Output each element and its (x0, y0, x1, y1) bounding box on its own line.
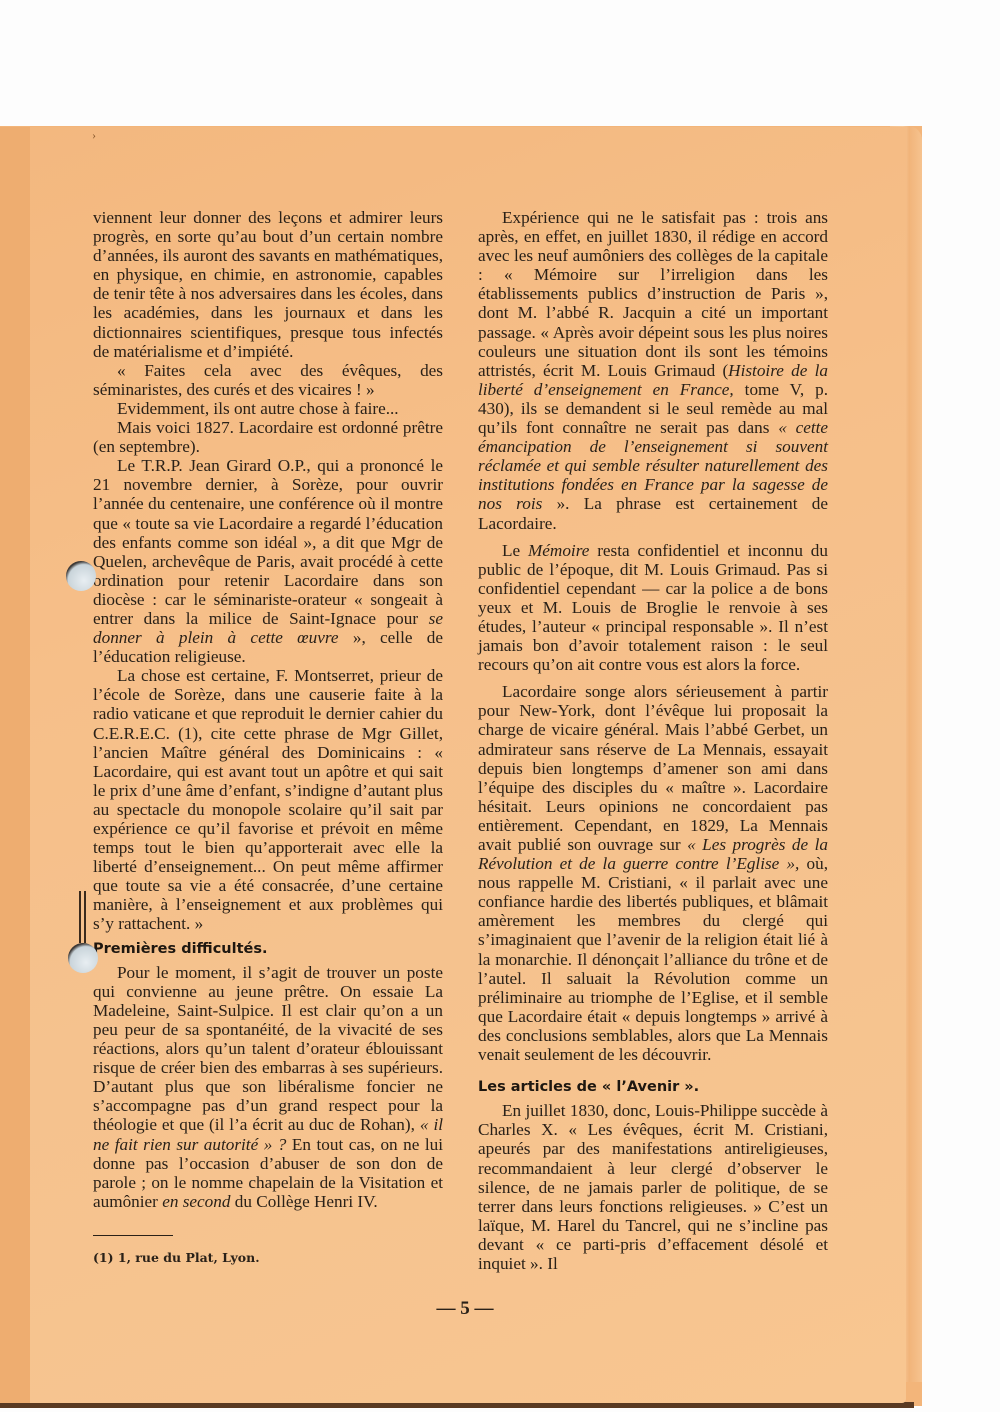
section-heading: Premières difficultés. (93, 940, 443, 959)
punch-hole (68, 943, 98, 973)
corner-mark: › (92, 128, 96, 143)
section-heading: Les articles de « l’Avenir ». (478, 1078, 828, 1097)
text-run: Expérience qui ne le satisfait pas : tro… (478, 208, 828, 380)
paragraph: Evidemment, ils ont autre chose à faire.… (93, 399, 443, 418)
footnote-rule (93, 1235, 173, 1236)
italic-run: Mémoire (528, 541, 589, 560)
previous-page-edge (0, 127, 31, 1403)
left-column: viennent leur donner des leçons et admir… (93, 208, 443, 1267)
paragraph: « Faites cela avec des évêques, des sémi… (93, 361, 443, 399)
text-run: où, nous rappelle M. Cristiani, « il par… (478, 854, 828, 1064)
punch-hole (66, 561, 96, 591)
page-number: — 5 — (0, 1298, 930, 1320)
margin-mark (84, 891, 86, 943)
paragraph: viennent leur donner des leçons et admir… (93, 208, 443, 361)
paragraph: En juillet 1830, donc, Louis-Philippe su… (478, 1101, 828, 1273)
right-column: Expérience qui ne le satisfait pas : tro… (478, 208, 828, 1273)
footnote: (1) 1, rue du Plat, Lyon. (93, 1248, 443, 1267)
italic-run: en second (162, 1192, 230, 1211)
text-run: Lacordaire songe alors sérieusement à pa… (478, 682, 828, 854)
paragraph: Expérience qui ne le satisfait pas : tro… (478, 208, 828, 533)
paragraph: La chose est certaine, F. Montserret, pr… (93, 666, 443, 933)
text-run: Le (502, 541, 520, 560)
text-run: Le T.R.P. Jean Girard O.P., qui a pronon… (93, 456, 443, 628)
paragraph: Lacordaire songe alors sérieusement à pa… (478, 682, 828, 1064)
paragraph: Pour le moment, il s’agit de trouver un … (93, 963, 443, 1211)
margin-mark (79, 891, 81, 943)
text-run: Pour le moment, il s’agit de trouver un … (93, 963, 443, 1135)
paragraph: Mais voici 1827. Lacordaire est ordonné … (93, 418, 443, 456)
text-run: resta confidentiel et inconnu du public … (478, 541, 828, 675)
paragraph: Le T.R.P. Jean Girard O.P., qui a pronon… (93, 456, 443, 666)
paragraph: Le Mémoire resta confidentiel et inconnu… (478, 541, 828, 675)
text-run: du Collège Henri IV. (235, 1192, 378, 1211)
